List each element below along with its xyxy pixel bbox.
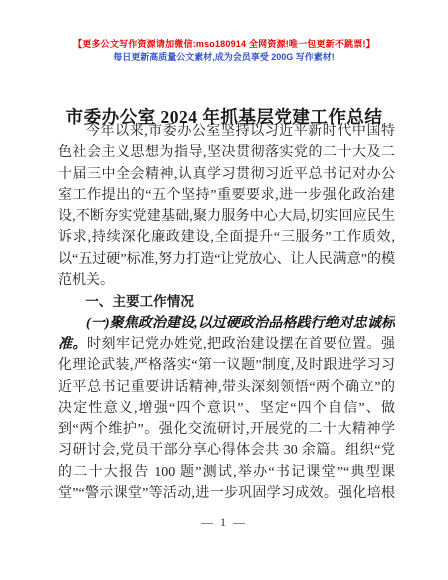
- document-page: { "document": { "watermark": { "line1": …: [0, 0, 448, 580]
- page-number: — 1 —: [0, 515, 448, 530]
- subsection-text: 时刻牢记党办姓党,把政治建设摆在首要位置。强化理论武装,严格落实“第一议题”制度…: [58, 337, 395, 503]
- intro-paragraph: 今年以来,市委办公室坚持以习近平新时代中国特色社会主义思想为指导,坚决贯彻落实党…: [58, 121, 395, 291]
- watermark-red-line: 【更多公文写作资源请加微信:mso180914 全网资源!唯一包更新不跳票!】: [0, 38, 448, 50]
- document-body: 今年以来,市委办公室坚持以习近平新时代中国特色社会主义思想为指导,坚决贯彻落实党…: [58, 121, 395, 503]
- advert-watermark: 【更多公文写作资源请加微信:mso180914 全网资源!唯一包更新不跳票!】 …: [0, 38, 448, 63]
- watermark-blue-line: 每日更新高质量公文素材,成为会员享受 200G 写作素材!: [0, 51, 448, 63]
- section-heading: 一、主要工作情况: [58, 291, 395, 312]
- subsection-paragraph: (一)聚焦政治建设,以过硬政治品格践行绝对忠诚标准。时刻牢记党办姓党,把政治建设…: [58, 313, 395, 503]
